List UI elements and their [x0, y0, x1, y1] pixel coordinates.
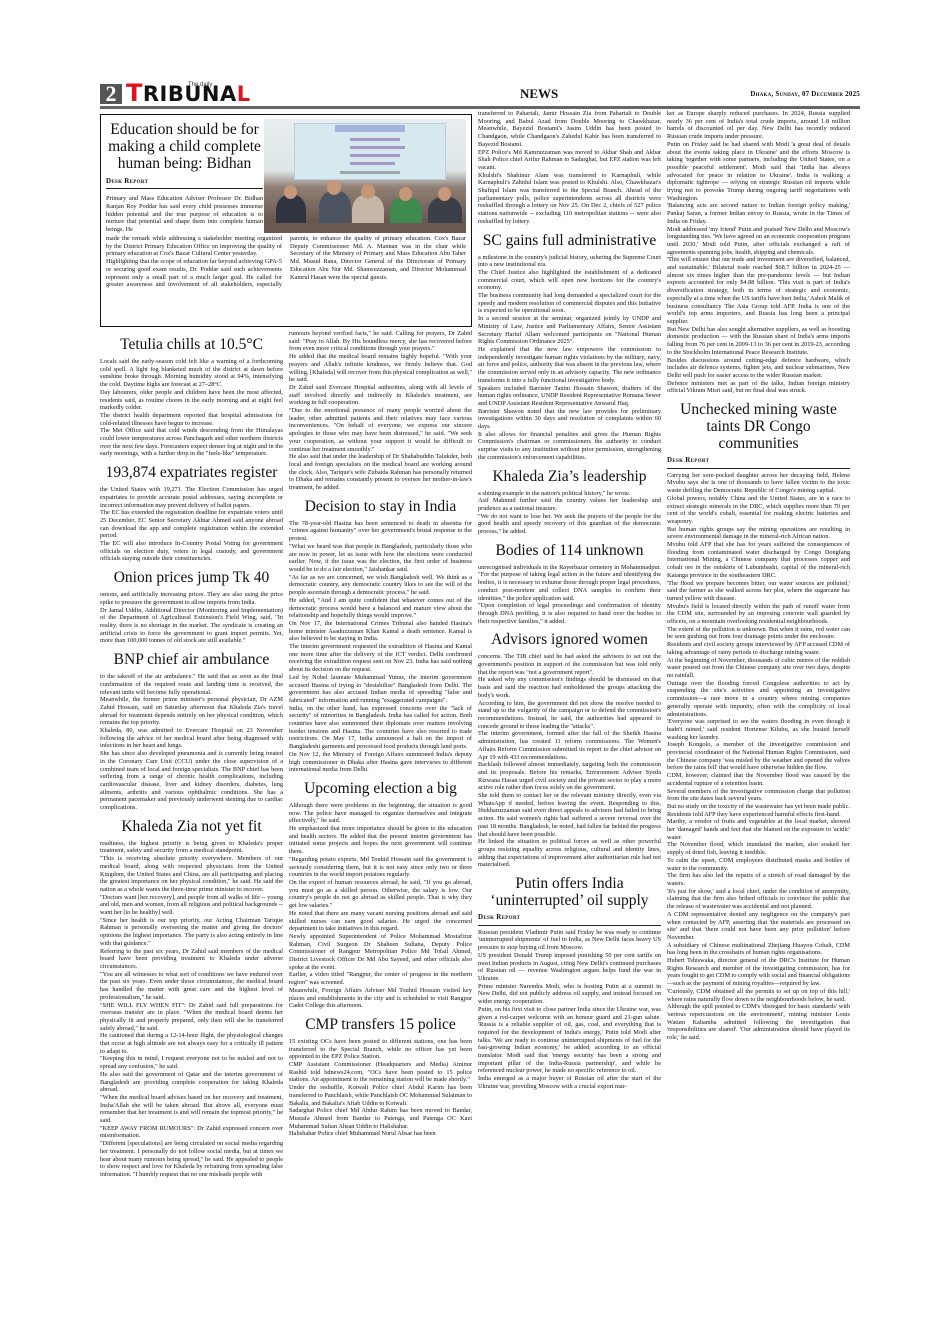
masthead-rule — [100, 106, 860, 109]
article-paragraph: Outrage over the flooding forced Congole… — [667, 680, 850, 719]
lead-story-top: Education should be for making a child c… — [106, 119, 263, 240]
article-headline: Advisors ignored women — [478, 631, 661, 648]
column-3: transferred to Pahartali, Jamir Hossain … — [478, 110, 661, 1091]
column-4: ket as Europe sharply reduced purchases.… — [667, 110, 850, 1042]
article-paragraph: Locals said the early-season cold felt l… — [100, 358, 283, 389]
article-paragraph: Russian president Vladimir Putin said Fr… — [478, 929, 661, 952]
article-paragraph: CMP Assistant Commissioner (Headquarters… — [289, 1061, 472, 1084]
article-byline: Desk Report — [478, 914, 661, 926]
article-paragraph: He also said the government of Qatar and… — [100, 1071, 283, 1094]
article: transferred to Pahartali, Jamir Hossain … — [478, 110, 661, 226]
article-paragraph: a milestone in the country's judicial hi… — [478, 254, 661, 269]
article-paragraph: The business community had long demanded… — [478, 292, 661, 315]
article-paragraph: "You are all witnesses to what sort of c… — [100, 971, 283, 1002]
lead-headline: Education should be for making a child c… — [106, 121, 263, 172]
article-paragraph: Joseph Kongolo, a member of the investig… — [667, 741, 850, 772]
article-paragraph: "This is receiving absolute priority eve… — [100, 855, 283, 894]
article-headline: Khaleda Zia’s leadership — [478, 468, 661, 485]
article-paragraph: 'Curiously, CDM obtained all the permits… — [667, 988, 850, 1003]
article-headline: Upcoming election a big — [289, 780, 472, 797]
article-paragraph: But no study on the toxicity of the wast… — [667, 803, 850, 818]
article-paragraph: "Regarding potato exports, Md Touhid Hos… — [289, 856, 472, 879]
article-paragraph: On Nov 17, the International Crimes Trib… — [289, 620, 472, 643]
lead-body: made the remark while addressing a stake… — [106, 235, 466, 289]
article-paragraph: The firm has also led the repairs of a s… — [667, 872, 850, 887]
article-paragraph: Mvubu's field is located directly within… — [667, 603, 850, 626]
article-paragraph: The extent of the pollution is unknown. … — [667, 626, 850, 641]
article-paragraph: "Due to the emotional presence of many p… — [289, 407, 472, 453]
article-paragraph: A subsidiary of Chinese multinational Zh… — [667, 942, 850, 957]
article-paragraph: CDM, however, claimed that the November … — [667, 772, 850, 787]
article-paragraph: A CDM representative denied any negligen… — [667, 911, 850, 942]
article-headline: Onion prices jump Tk 40 — [100, 569, 283, 586]
article-paragraph: "SHE WILL FLY WHEN FIT": Dr Zahid said f… — [100, 1002, 283, 1033]
article-paragraph: Newly appointed Superintendent of Police… — [289, 933, 472, 972]
article: BNP chief air ambulanceto the takeoff of… — [100, 651, 283, 812]
article-paragraph: The interim government, formed after the… — [478, 730, 661, 761]
article-paragraph: "Doctors want [her recovery], and people… — [100, 894, 283, 917]
article-paragraph: The Met Office said that cold winds desc… — [100, 427, 283, 458]
section-title: NEWS — [520, 86, 558, 102]
article: SC gains full administrativea milestone … — [478, 232, 661, 462]
article-paragraph: Led by Nobel laureate Muhammad Yunus, th… — [289, 674, 472, 705]
article-paragraph: Meanwhile, Foreign Affairs Adviser Md To… — [289, 987, 472, 1010]
article-paragraph: He also said that under the leadership o… — [289, 453, 472, 492]
article: Onion prices jump Tk 40onions, and artif… — [100, 569, 283, 645]
article-paragraph: On Nov 12, the Ministry of Foreign Affai… — [289, 751, 472, 774]
article-paragraph: He explained that the new law empowers t… — [478, 346, 661, 385]
lead-story: Education should be for making a child c… — [100, 114, 472, 327]
article-paragraph: Several members of the investigative com… — [667, 788, 850, 803]
article-byline: Desk Report — [667, 457, 850, 469]
article-paragraph: He added that the medical board remains … — [289, 353, 472, 384]
article-headline: Tetulia chills at 10.5°C — [100, 336, 283, 353]
article-paragraph: rumours beyond verified facts," he said.… — [289, 330, 472, 353]
article-paragraph: 'Everyone was surprised to see the water… — [667, 718, 850, 741]
logo-letter-t: T — [126, 79, 143, 107]
article-paragraph: EPZ Police's Md Kamruzzaman was moved to… — [478, 149, 661, 172]
article-paragraph: The EC will also introduce In-Country Po… — [100, 540, 283, 563]
lead-photo — [264, 119, 466, 233]
article-headline: Khaleda Zia not yet fit — [100, 818, 283, 835]
article-paragraph: Carrying her sore-pocked daughter across… — [667, 472, 850, 495]
article-paragraph: Putin on Friday said he had shared with … — [667, 141, 850, 203]
article-paragraph: "Upon completion of legal proceedings an… — [478, 602, 661, 625]
article: Putin offers India ‘uninterrupted’ oil s… — [478, 875, 661, 1090]
article-headline: SC gains full administrative — [478, 232, 661, 249]
article-paragraph: Besides discussions around cutting-edge … — [667, 357, 850, 380]
article: Advisors ignored womenconcerns. The TIB … — [478, 631, 661, 869]
article-paragraph: He linked the situation to political for… — [478, 838, 661, 869]
article: rumours beyond verified facts," he said.… — [289, 330, 472, 492]
page-number: 2 — [100, 84, 122, 104]
article-paragraph: Although the spill pointed to CDM's 'dis… — [667, 1003, 850, 1042]
lead-intro: Primary and Mass Education Adviser Profe… — [106, 195, 263, 234]
article-paragraph: India, on the other hand, has expressed … — [289, 705, 472, 751]
article-paragraph: Residents and civil society groups inter… — [667, 641, 850, 656]
article: Unchecked mining waste taints DR Congo c… — [667, 401, 850, 1042]
article-paragraph: In a second session at the seminar, orga… — [478, 315, 661, 346]
lead-byline: Desk Report — [106, 177, 263, 189]
article-paragraph: The Chief Justice also highlighted the e… — [478, 269, 661, 292]
article-paragraph: Sadarghat Police chief Md Abdur Rahim ha… — [289, 1107, 472, 1130]
article-headline: CMP transfers 15 police — [289, 1016, 472, 1033]
article-paragraph: "As far as we are concerned, we wish Ban… — [289, 574, 472, 597]
article-paragraph: Earlier, a video titled "Rangpur, the ce… — [289, 971, 472, 986]
tribunal-logo: The daily TRIBUNAL — [126, 82, 251, 105]
photo-banner — [294, 123, 446, 180]
article-paragraph: a shining example in the nation's politi… — [478, 490, 661, 498]
article: ket as Europe sharply reduced purchases.… — [667, 110, 850, 395]
article-paragraph: Barrister Shawon noted that the new law … — [478, 408, 661, 431]
article-paragraph: Defence ministers met as part of the tal… — [667, 380, 850, 395]
article-paragraph: Hubert Tshiswaka, director general of th… — [667, 957, 850, 988]
article-paragraph: concerns. The TIB chief said he had aske… — [478, 653, 661, 676]
logo-letter-l: L — [237, 82, 251, 106]
article-paragraph: Prime minister Narendra Modi, who is hos… — [478, 983, 661, 1006]
article-paragraph: On the export of human resources abroad,… — [289, 879, 472, 910]
article-paragraph: Khaleda, 80, was admitted to Evercare Ho… — [100, 727, 283, 750]
article-paragraph: Marthy, a vendor of fruits and vegetable… — [667, 818, 850, 841]
article-paragraph: to the takeoff of the air ambulance." He… — [100, 673, 283, 696]
logo-the-daily: The daily — [188, 74, 212, 96]
article-paragraph: She has since also developed pneumonia a… — [100, 750, 283, 812]
article-paragraph: Backlash followed almost immediately, ta… — [478, 761, 661, 792]
article-paragraph: Referring to the past six years, Dr Zahi… — [100, 948, 283, 971]
article-paragraph: 15 existing OCs have been posted to diff… — [289, 1038, 472, 1061]
article-paragraph: Halishahar Police chief Muhammad Nurul A… — [289, 1130, 472, 1138]
article: Decision to stay in IndiaThe 78-year-old… — [289, 498, 472, 774]
article-paragraph: 'It's just for show,' said a local chief… — [667, 888, 850, 911]
article: 193,874 expatriates registerthe United S… — [100, 464, 283, 563]
article-paragraph: She told them to contact her or the rele… — [478, 792, 661, 838]
article-headline: 193,874 expatriates register — [100, 464, 283, 481]
article-paragraph: "What we heard was that people in Bangla… — [289, 543, 472, 574]
article-paragraph: He added, "And I am quite confident that… — [289, 597, 472, 620]
article-paragraph: 'Balancing acts are second nature to Ind… — [667, 202, 850, 225]
article-paragraph: readiness, the highest priority is being… — [100, 840, 283, 855]
dateline: Dhaka, Sunday, 07 December 2025 — [750, 90, 860, 98]
article-paragraph: Khulshi's Shahinur Alam was transferred … — [478, 172, 661, 226]
article-paragraph: Dr Zahid said Evercare Hospital authorit… — [289, 384, 472, 407]
article-paragraph: Mvubu told AFP that she has for years su… — [667, 541, 850, 580]
article-paragraph: Putin, on his first visit to close partn… — [478, 1006, 661, 1075]
article-paragraph: The 78-year-old Hasina has been sentence… — [289, 520, 472, 543]
article-paragraph: "KEEP AWAY FROM RUMOURS": Dr Zahid expre… — [100, 1125, 283, 1140]
article-headline: Decision to stay in India — [289, 498, 472, 515]
article-paragraph: He asked why any commission's findings s… — [478, 676, 661, 699]
article-paragraph: Under the reshuffle, Kotwali Police chie… — [289, 1084, 472, 1107]
newspaper-page: 2 The daily TRIBUNAL NEWS Dhaka, Sunday,… — [100, 80, 860, 106]
article-headline: BNP chief air ambulance — [100, 651, 283, 668]
article-paragraph: Although there were problems in the begi… — [289, 802, 472, 825]
article-paragraph: "Since her health is our top priority, o… — [100, 917, 283, 948]
article-paragraph: "We do not want to lose her. We seek the… — [478, 513, 661, 536]
article-paragraph: Modi addressed 'my friend' Putin and pra… — [667, 226, 850, 257]
article-paragraph: onions, and artificially increasing pric… — [100, 591, 283, 606]
article-paragraph: He emphasized that more importance shoul… — [289, 825, 472, 856]
article-paragraph: US president Donald Trump imposed punish… — [478, 952, 661, 983]
column-1: Tetulia chills at 10.5°CLocals said the … — [100, 330, 283, 1179]
article-paragraph: The interim government requested the ext… — [289, 643, 472, 674]
article-paragraph: unrecognised individuals in the Rayerbaz… — [478, 564, 661, 603]
article: Bodies of 114 unknownunrecognised indivi… — [478, 542, 661, 626]
article-paragraph: But human rights groups say the mining o… — [667, 526, 850, 541]
article-paragraph: According to him, the government did not… — [478, 700, 661, 731]
article-paragraph: To calm the upset, CDM employees distrib… — [667, 857, 850, 872]
article: CMP transfers 15 police15 existing OCs h… — [289, 1016, 472, 1138]
article-paragraph: Day labourers, older people and children… — [100, 389, 283, 412]
article: Tetulia chills at 10.5°CLocals said the … — [100, 336, 283, 458]
article-paragraph: The EC has extended the registration dea… — [100, 509, 283, 540]
article-headline: Putin offers India ‘uninterrupted’ oil s… — [478, 875, 661, 909]
article-paragraph: the United States with 19,271. The Elect… — [100, 486, 283, 509]
article-paragraph: Global powers, notably China and the Uni… — [667, 495, 850, 526]
article-headline: Unchecked mining waste taints DR Congo c… — [667, 401, 850, 452]
article-paragraph: The November flood, which inundated the … — [667, 841, 850, 856]
article: Khaleda Zia’s leadershipa shining exampl… — [478, 468, 661, 536]
article-paragraph: "Keeping this in mind, I request everyon… — [100, 1055, 283, 1070]
article-paragraph: "Different [speculations] are being circ… — [100, 1140, 283, 1179]
article-paragraph: 'This will ensure that our trade and inv… — [667, 256, 850, 325]
article-paragraph: 'The flood we prepare becomes bitter, ou… — [667, 580, 850, 603]
masthead: 2 The daily TRIBUNAL NEWS Dhaka, Sunday,… — [100, 80, 860, 106]
article-paragraph: India emerged as a major buyer of Russia… — [478, 1075, 661, 1090]
article-paragraph: ket as Europe sharply reduced purchases.… — [667, 110, 850, 141]
article-paragraph: He noted that there are many vacant nurs… — [289, 910, 472, 933]
article-paragraph: It also allows for financial penalties a… — [478, 431, 661, 462]
article: Khaleda Zia not yet fitreadiness, the hi… — [100, 818, 283, 1179]
article-paragraph: Meanwhile, the former prime minister's p… — [100, 696, 283, 727]
lead-body-para: made the remark while addressing a stake… — [106, 235, 282, 258]
article-paragraph: At the beginning of November, thousands … — [667, 657, 850, 680]
article-paragraph: transferred to Pahartali, Jamir Hossain … — [478, 110, 661, 149]
article: Upcoming election a bigAlthough there we… — [289, 780, 472, 1010]
article-paragraph: Asif Mahmud further said the country val… — [478, 497, 661, 512]
article-paragraph: "When the medical board advises based on… — [100, 1094, 283, 1125]
article-paragraph: He cautioned that during a 12-14-hour fl… — [100, 1032, 283, 1055]
article-paragraph: But New Delhi has also sought alternativ… — [667, 326, 850, 357]
article-paragraph: Speakers included Barrister Tanim Hossai… — [478, 385, 661, 408]
column-2: rumours beyond verified facts," he said.… — [289, 330, 472, 1138]
article-headline: Bodies of 114 unknown — [478, 542, 661, 559]
article-paragraph: The district health department reported … — [100, 412, 283, 427]
article-paragraph: Dr Jamal Uddin, Additional Director (Mon… — [100, 607, 283, 646]
